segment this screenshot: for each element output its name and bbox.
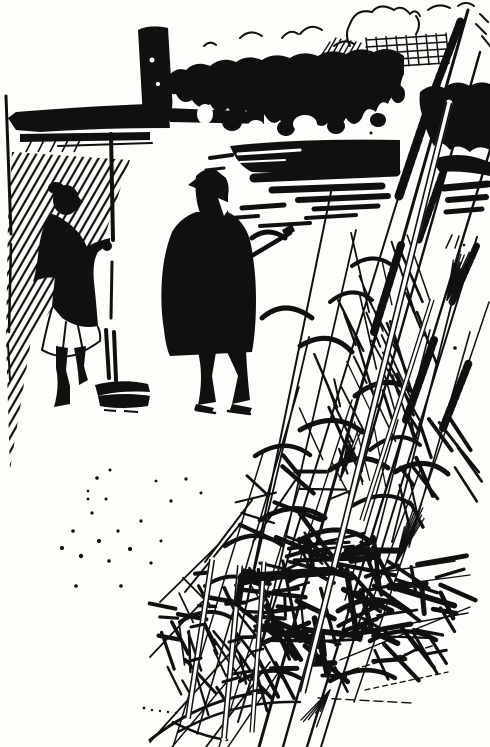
woman-hand-on-post xyxy=(102,241,112,251)
ink-illustration xyxy=(0,0,490,747)
rifleman-coat xyxy=(161,212,256,356)
woman-hair-bun xyxy=(48,182,64,194)
illustration-page xyxy=(0,0,490,747)
